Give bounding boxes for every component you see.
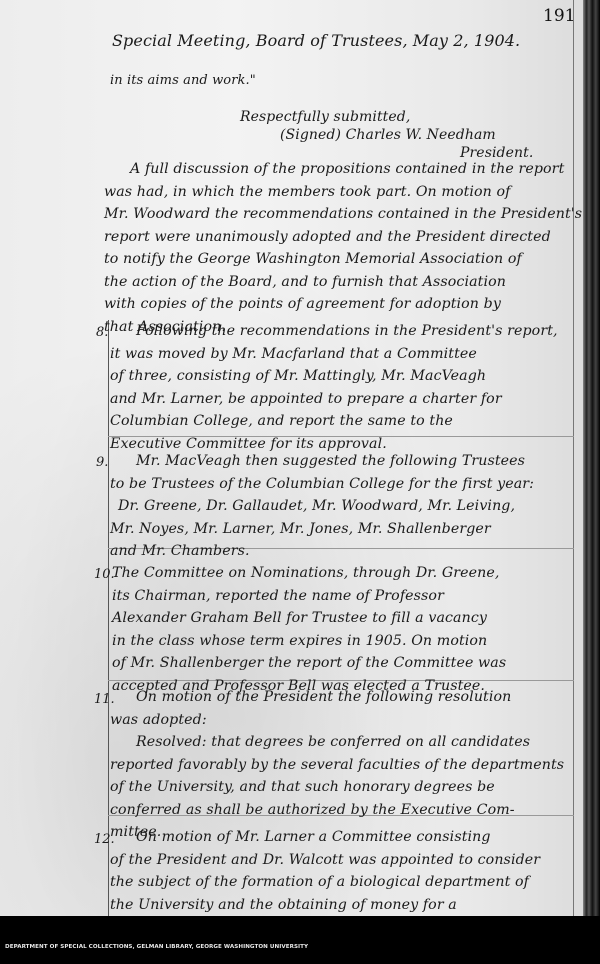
text-line: and Mr. Chambers. (110, 540, 534, 563)
page-number: 191 (543, 6, 575, 26)
item-number: 8. (96, 325, 108, 340)
item-11-paragraph: On motion of the President the following… (110, 686, 564, 844)
item-9-paragraph: Mr. MacVeagh then suggested the followin… (110, 450, 534, 563)
book-binding-edge (583, 0, 600, 916)
archive-credit: DEPARTMENT OF SPECIAL COLLECTIONS, GELMA… (5, 944, 308, 950)
text-line: Mr. MacVeagh then suggested the followin… (110, 450, 534, 473)
discussion-paragraph: A full discussion of the propositions co… (104, 158, 582, 338)
text-line: On motion of Mr. Larner a Committee cons… (110, 826, 540, 849)
margin-rule (108, 320, 109, 916)
item-10-paragraph: The Committee on Nominations, through Dr… (112, 562, 506, 697)
text-line: its Chairman, reported the name of Profe… (112, 585, 506, 608)
text-line: Alexander Graham Bell for Trustee to fil… (112, 607, 506, 630)
right-margin-rule (573, 0, 574, 916)
ledger-page: 191 Special Meeting, Board of Trustees, … (0, 0, 586, 916)
text-line: was adopted: (110, 709, 564, 732)
text-line: of the President and Dr. Walcott was app… (110, 849, 540, 872)
text-line: report were unanimously adopted and the … (104, 226, 582, 249)
text-line: to be Trustees of the Columbian College … (110, 473, 534, 496)
text-line: was had, in which the members took part.… (104, 181, 582, 204)
text-line: The Committee on Nominations, through Dr… (112, 562, 506, 585)
page-heading: Special Meeting, Board of Trustees, May … (112, 30, 520, 53)
text-line: in the class whose term expires in 1905.… (112, 630, 506, 653)
text-line: the subject of the formation of a biolog… (110, 871, 540, 894)
text-line: and Mr. Larner, be appointed to prepare … (110, 388, 558, 411)
text-line: A full discussion of the propositions co… (104, 158, 582, 181)
text-line: with copies of the points of agreement f… (104, 293, 582, 316)
text-line: to notify the George Washington Memorial… (104, 248, 582, 271)
text-line: Resolved: that degrees be conferred on a… (110, 731, 564, 754)
item-number: 9. (96, 455, 108, 470)
item-12-paragraph: On motion of Mr. Larner a Committee cons… (110, 826, 540, 916)
text-line: Following the recommendations in the Pre… (110, 320, 558, 343)
text-line: of three, consisting of Mr. Mattingly, M… (110, 365, 558, 388)
continuation-text: in its aims and work." (110, 70, 256, 93)
text-line: the University and the obtaining of mone… (110, 894, 540, 917)
text-line: the action of the Board, and to furnish … (104, 271, 582, 294)
text-line: reported favorably by the several facult… (110, 754, 564, 777)
text-line: it was moved by Mr. Macfarland that a Co… (110, 343, 558, 366)
text-line: of the University, and that such honorar… (110, 776, 564, 799)
text-line: of Mr. Shallenberger the report of the C… (112, 652, 506, 675)
text-line: Mr. Noyes, Mr. Larner, Mr. Jones, Mr. Sh… (110, 518, 534, 541)
text-line: On motion of the President the following… (110, 686, 564, 709)
text-line: Mr. Woodward the recommendations contain… (104, 203, 582, 226)
text-line: Dr. Greene, Dr. Gallaudet, Mr. Woodward,… (110, 495, 534, 518)
text-line: Columbian College, and report the same t… (110, 410, 558, 433)
item-8-paragraph: Following the recommendations in the Pre… (110, 320, 558, 455)
text-line: conferred as shall be authorized by the … (110, 799, 564, 822)
